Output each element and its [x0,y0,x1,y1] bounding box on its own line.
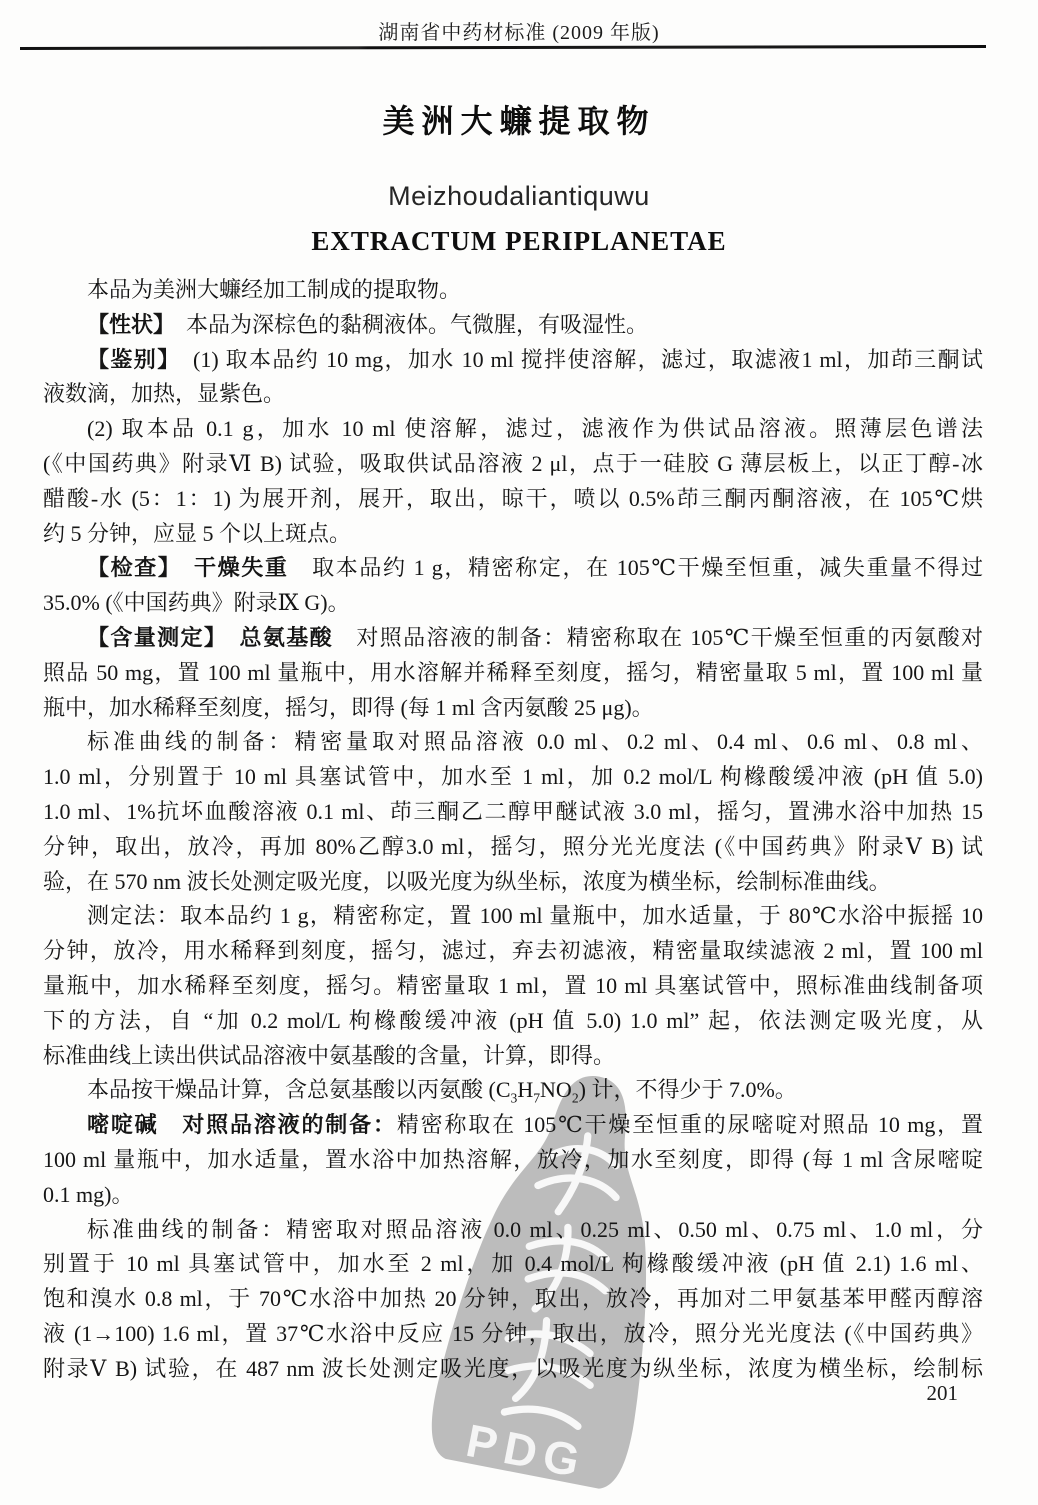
text-segment: 液数滴，加热，显紫色。 [43,381,285,406]
text-segment: 精密称取在 105℃干燥至恒重的尿嘧啶对照品 10 mg，置 [397,1112,983,1137]
text-segment: 瓶中，加水稀释至刻度，摇匀，即得 (每 1 ml 含丙氨酸 25 μg)。 [43,695,654,720]
text-line: 本品为美洲大蠊经加工制成的提取物。 [43,273,983,308]
text-line: (《中国药典》附录Ⅵ B) 试验，吸取供试品溶液 2 μl，点于一硅胶 G 薄层… [43,447,983,482]
page-number: 201 [43,1381,958,1406]
text-segment: 对照品溶液的制备：精密称取在 105℃干燥至恒重的丙氨酸对 [333,625,983,650]
text-line: 标准曲线的制备：精密取对照品溶液 0.0 ml、0.25 ml、0.50 ml、… [43,1213,983,1248]
text-segment: 取本品约 1 g，精密称定，在 105℃干燥至恒重，减失重量不得过 [289,555,983,580]
text-segment: 量瓶中，加水稀释至刻度，摇匀。精密量取 1 ml，置 10 ml 具塞试管中，照… [43,973,983,998]
text-line: 分钟，取出，放冷，再加 80%乙醇3.0 ml，摇匀，照分光光度法 (《中国药典… [43,830,983,865]
text-segment: 本品为美洲大蠊经加工制成的提取物。 [87,277,461,302]
running-header: 湖南省中药材标准 (2009 年版) [0,16,1038,45]
text-line: 量瓶中，加水稀释至刻度，摇匀。精密量取 1 ml，置 10 ml 具塞试管中，照… [43,969,983,1004]
text-line: 验，在 570 nm 波长处测定吸光度，以吸光度为纵坐标，浓度为横坐标，绘制标准… [43,865,983,900]
text-line: 测定法：取本品约 1 g，精密称定，置 100 ml 量瓶中，加水适量，于 80… [43,899,983,934]
document-page: 湖南省中药材标准 (2009 年版) 美洲大蠊提取物 Meizhoudalian… [0,0,1038,1505]
text-line: 0.1 mg)。 [43,1178,983,1213]
text-segment: H [517,1077,533,1102]
text-segment: 7 [533,1091,540,1106]
text-segment: 分钟，取出，放冷，再加 80%乙醇3.0 ml，摇匀，照分光光度法 (《中国药典… [43,834,983,859]
text-segment: 本品按干燥品计算，含总氨基酸以丙氨酸 (C [87,1077,511,1102]
text-segment: 1.0 ml、1%抗坏血酸溶液 0.1 ml、茚三酮乙二醇甲醚试液 3.0 ml… [43,799,983,824]
latin-title: EXTRACTUM PERIPLANETAE [0,226,1038,257]
text-segment: 测定法：取本品约 1 g，精密称定，置 100 ml 量瓶中，加水适量，于 80… [87,903,983,928]
text-line: 1.0 ml，分别置于 10 ml 具塞试管中，加水至 1 ml，加 0.2 m… [43,760,983,795]
bold-text-segment: 【鉴别】 [87,347,170,372]
text-line: 【含量测定】 总氨基酸 对照品溶液的制备：精密称取在 105℃干燥至恒重的丙氨酸… [43,621,983,656]
text-segment: 饱和溴水 0.8 ml，于 70℃水浴中加热 20 分钟，取出，放冷，再加对二甲… [43,1286,983,1311]
text-line: 100 ml 量瓶中，加水适量，置水浴中加热溶解，放冷，加水至刻度，即得 (每 … [43,1143,983,1178]
text-line: 嘧啶碱 对照品溶液的制备：精密称取在 105℃干燥至恒重的尿嘧啶对照品 10 m… [43,1108,983,1143]
text-line: 饱和溴水 0.8 ml，于 70℃水浴中加热 20 分钟，取出，放冷，再加对二甲… [43,1282,983,1317]
bold-text-segment: 【检查】 干燥失重 [87,555,289,580]
text-segment: NO [540,1077,572,1102]
text-line: 标准曲线的制备：精密量取对照品溶液 0.0 ml、0.2 ml、0.4 ml、0… [43,725,983,760]
pinyin-title: Meizhoudaliantiquwu [0,181,1038,212]
text-line: 【检查】 干燥失重 取本品约 1 g，精密称定，在 105℃干燥至恒重，减失重量… [43,551,983,586]
page-title: 美洲大蠊提取物 [0,96,1038,142]
bold-text-segment: 嘧啶碱 对照品溶液的制备： [87,1112,397,1137]
text-line: 液数滴，加热，显紫色。 [43,377,983,412]
text-line: 【性状】 本品为深棕色的黏稠液体。气微腥，有吸湿性。 [43,308,983,343]
text-segment: 醋酸-水 (5：1：1) 为展开剂，展开，取出，晾干，喷以 0.5%茚三酮丙酮溶… [43,486,983,511]
text-segment: 1.0 ml，分别置于 10 ml 具塞试管中，加水至 1 ml，加 0.2 m… [43,764,983,789]
text-line: 下的方法，自 “加 0.2 mol/L 枸橼酸缓冲液 (pH 值 5.0) 1.… [43,1004,983,1039]
text-segment: 验，在 570 nm 波长处测定吸光度，以吸光度为纵坐标，浓度为横坐标，绘制标准… [43,869,891,894]
text-line: 瓶中，加水稀释至刻度，摇匀，即得 (每 1 ml 含丙氨酸 25 μg)。 [43,691,983,726]
bold-text-segment: 【性状】 [87,312,164,337]
text-segment: (1) 取本品约 10 mg，加水 10 ml 搅拌使溶解，滤过，取滤液1 ml… [170,347,983,372]
text-segment: 35.0% (《中国药典》附录Ⅸ G)。 [43,590,350,615]
body-text: 本品为美洲大蠊经加工制成的提取物。【性状】 本品为深棕色的黏稠液体。气微腥，有吸… [43,273,983,1387]
watermark-pdg-label: PDG [462,1415,590,1488]
text-line: 【鉴别】 (1) 取本品约 10 mg，加水 10 ml 搅拌使溶解，滤过，取滤… [43,343,983,378]
text-segment: 约 5 分钟，应显 5 个以上斑点。 [43,521,351,546]
text-segment: 分钟，放冷，用水稀释到刻度，摇匀，滤过，弃去初滤液，精密量取续滤液 2 ml，置… [43,938,983,963]
text-segment: 标准曲线的制备：精密取对照品溶液 0.0 ml、0.25 ml、0.50 ml、… [87,1217,983,1242]
text-segment: 液 (1→100) 1.6 ml，置 37℃水浴中反应 15 分钟，取出，放冷，… [43,1321,983,1346]
text-segment: 2 [572,1091,579,1106]
text-segment: 附录Ⅴ B) 试验，在 487 nm 波长处测定吸光度，以吸光度为纵坐标，浓度为… [43,1356,983,1381]
bold-text-segment: 【含量测定】 总氨基酸 [87,625,333,650]
text-segment: 标准曲线上读出供试品溶液中氨基酸的含量，计算，即得。 [43,1043,615,1068]
text-segment: 0.1 mg)。 [43,1182,133,1207]
text-line: 约 5 分钟，应显 5 个以上斑点。 [43,517,983,552]
text-line: 液 (1→100) 1.6 ml，置 37℃水浴中反应 15 分钟，取出，放冷，… [43,1317,983,1352]
text-segment: 标准曲线的制备：精密量取对照品溶液 0.0 ml、0.2 ml、0.4 ml、0… [87,729,983,754]
text-segment: 照品 50 mg，置 100 ml 量瓶中，用水溶解并稀释至刻度，摇匀，精密量取… [43,660,983,685]
text-segment: 100 ml 量瓶中，加水适量，置水浴中加热溶解，放冷，加水至刻度，即得 (每 … [43,1147,983,1172]
text-line: 本品按干燥品计算，含总氨基酸以丙氨酸 (C3H7NO2) 计，不得少于 7.0%… [43,1073,983,1108]
text-segment: ) 计，不得少于 7.0%。 [579,1077,797,1102]
text-line: 35.0% (《中国药典》附录Ⅸ G)。 [43,586,983,621]
text-line: 1.0 ml、1%抗坏血酸溶液 0.1 ml、茚三酮乙二醇甲醚试液 3.0 ml… [43,795,983,830]
text-segment: (《中国药典》附录Ⅵ B) 试验，吸取供试品溶液 2 μl，点于一硅胶 G 薄层… [43,451,983,476]
text-line: 标准曲线上读出供试品溶液中氨基酸的含量，计算，即得。 [43,1039,983,1074]
header-rule [20,45,986,50]
text-segment: (2) 取本品 0.1 g，加水 10 ml 使溶解，滤过，滤液作为供试品溶液。… [87,416,983,441]
text-line: 醋酸-水 (5：1：1) 为展开剂，展开，取出，晾干，喷以 0.5%茚三酮丙酮溶… [43,482,983,517]
text-segment: 本品为深棕色的黏稠液体。气微腥，有吸湿性。 [164,312,648,337]
text-line: 别置于 10 ml 具塞试管中，加水至 2 ml，加 0.4 mol/L 枸橼酸… [43,1247,983,1282]
text-line: (2) 取本品 0.1 g，加水 10 ml 使溶解，滤过，滤液作为供试品溶液。… [43,412,983,447]
text-segment: 别置于 10 ml 具塞试管中，加水至 2 ml，加 0.4 mol/L 枸橼酸… [43,1251,983,1276]
text-line: 照品 50 mg，置 100 ml 量瓶中，用水溶解并稀释至刻度，摇匀，精密量取… [43,656,983,691]
text-segment: 下的方法，自 “加 0.2 mol/L 枸橼酸缓冲液 (pH 值 5.0) 1.… [43,1008,983,1033]
text-line: 分钟，放冷，用水稀释到刻度，摇匀，滤过，弃去初滤液，精密量取续滤液 2 ml，置… [43,934,983,969]
